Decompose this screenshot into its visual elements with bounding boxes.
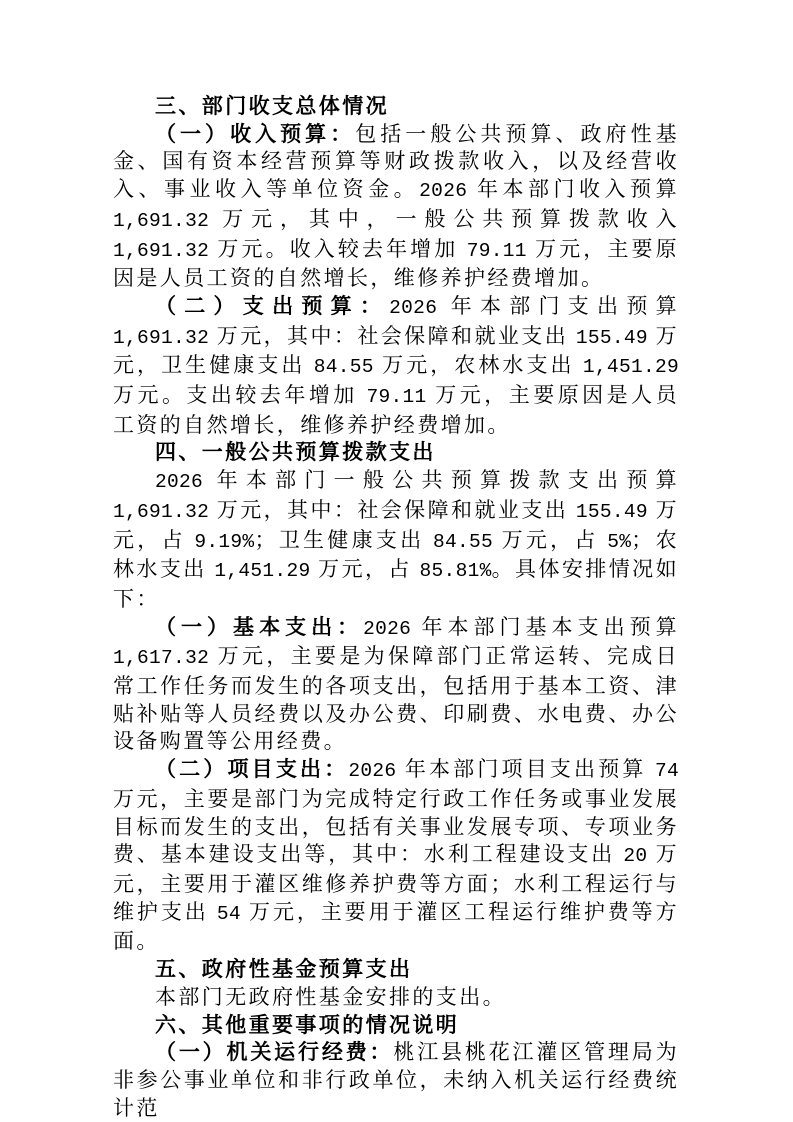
numeric-text: 1,451.29 [214, 560, 310, 582]
numeric-text: 1,691.32 [113, 327, 209, 349]
numeric-text: 79.11 [367, 386, 427, 408]
section-heading-6: 六、其他重要事项的情况说明 [113, 1012, 679, 1040]
paragraph-text: 2026 年本部门一般公共预算拨款支出预算 1,691.32 万元，其中：社会保… [113, 468, 679, 611]
numeric-text: 20 [623, 845, 647, 867]
paragraph-gov-fund: 本部门无政府性基金安排的支出。 [113, 984, 679, 1012]
numeric-text: 1,691.32 [113, 210, 209, 232]
paragraph-lead: （一）基本支出： [155, 615, 363, 639]
paragraph-income-budget: （一）收入预算：包括一般公共预算、政府性基金、国有资本经营预算等财政拨款收入，以… [113, 121, 679, 293]
document-page: 三、部门收支总体情况 （一）收入预算：包括一般公共预算、政府性基金、国有资本经营… [0, 0, 793, 1122]
paragraph-lead: （二）项目支出： [155, 757, 348, 781]
numeric-text: 85.81% [420, 560, 492, 582]
numeric-text: 1,691.32 [113, 240, 209, 262]
numeric-text: 84.55 [314, 356, 374, 378]
paragraph-basic-expenditure: （一）基本支出：2026 年本部门基本支出预算 1,617.32 万元，主要是为… [113, 614, 679, 757]
numeric-text: 1,451.29 [583, 356, 679, 378]
numeric-text: 155.49 [576, 501, 648, 523]
numeric-text: 74 [655, 760, 679, 782]
paragraph-text: 2026 年本部门项目支出预算 74 万元，主要是部门为完成特定行政工作任务或事… [113, 757, 679, 953]
paragraph-lead: （一）收入预算： [155, 122, 355, 146]
numeric-text: 1,691.32 [113, 501, 209, 523]
numeric-text: 84.55 [433, 531, 493, 553]
paragraph-text: 本部门无政府性基金安排的支出。 [155, 985, 506, 1009]
section-heading-3: 三、部门收支总体情况 [113, 93, 679, 121]
numeric-text: 2026 [389, 297, 437, 319]
paragraph-lead: （二）支出预算： [155, 294, 389, 318]
numeric-text: 2026 [155, 471, 203, 493]
section-heading-4: 四、一般公共预算拨款支出 [113, 439, 679, 467]
numeric-text: 5% [607, 531, 631, 553]
paragraph-public-budget-detail: 2026 年本部门一般公共预算拨款支出预算 1,691.32 万元，其中：社会保… [113, 467, 679, 614]
paragraph-lead: （一）机关运行经费： [155, 1040, 393, 1064]
numeric-text: 2026 [419, 180, 467, 202]
numeric-text: 1,617.32 [113, 647, 209, 669]
numeric-text: 9.19% [194, 531, 254, 553]
numeric-text: 54 [217, 903, 241, 925]
section-heading-5: 五、政府性基金预算支出 [113, 956, 679, 984]
numeric-text: 2026 [363, 618, 411, 640]
paragraph-text: 包括一般公共预算、政府性基金、国有资本经营预算等财政拨款收入，以及经营收入、事业… [113, 122, 679, 291]
numeric-text: 2026 [348, 760, 396, 782]
paragraph-agency-operating-cost: （一）机关运行经费：桃江县桃花江灌区管理局为非参公事业单位和非行政单位，未纳入机… [113, 1039, 679, 1122]
numeric-text: 155.49 [576, 327, 648, 349]
numeric-text: 79.11 [467, 240, 527, 262]
paragraph-expenditure-budget: （二）支出预算：2026 年本部门支出预算 1,691.32 万元，其中：社会保… [113, 293, 679, 440]
document-body: 三、部门收支总体情况 （一）收入预算：包括一般公共预算、政府性基金、国有资本经营… [113, 93, 679, 1122]
paragraph-project-expenditure: （二）项目支出：2026 年本部门项目支出预算 74 万元，主要是部门为完成特定… [113, 756, 679, 956]
